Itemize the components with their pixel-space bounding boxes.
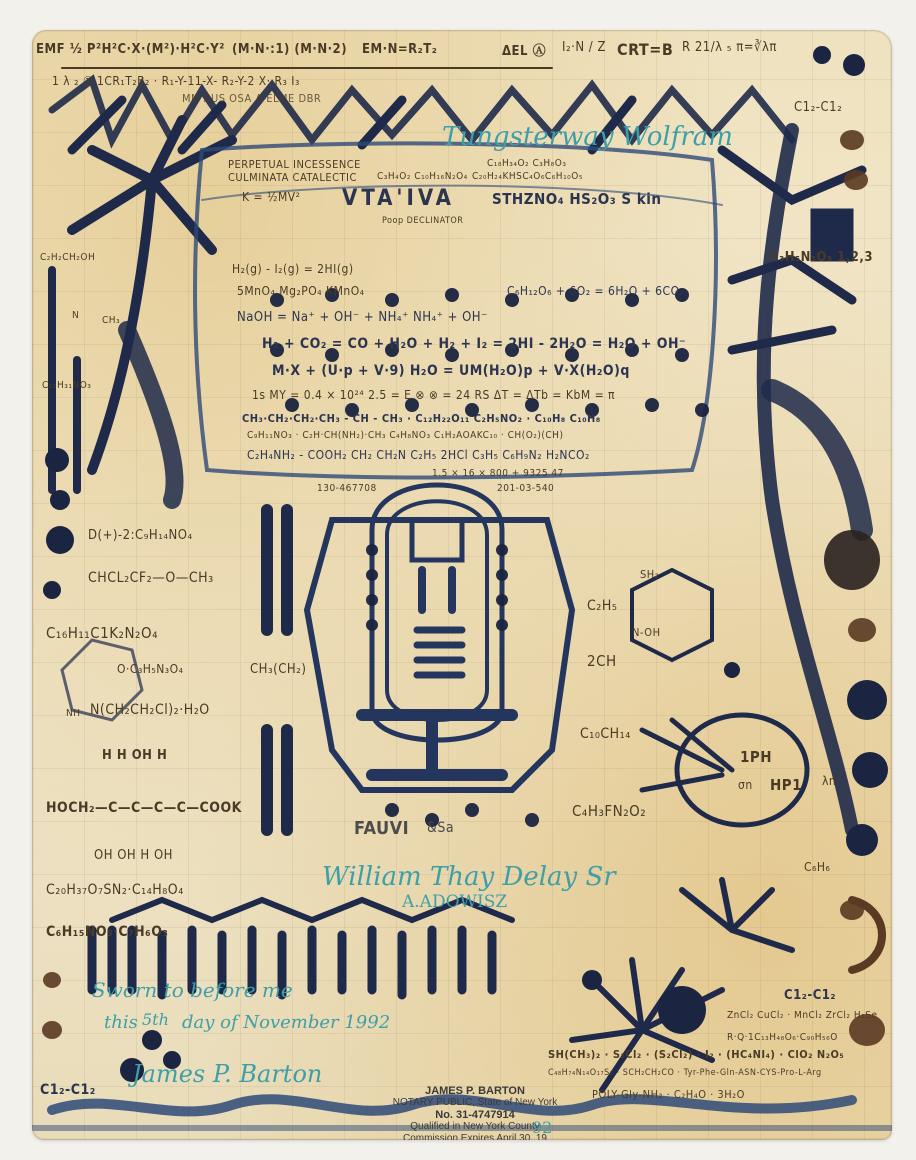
left-chem4: O·C₃H₅N₃O₄	[117, 662, 183, 676]
panel-row10: C₂H₄NH₂ - COOH₂ CH₂ CH₂N C₂H₅ 2HCl C₃H₅ …	[247, 448, 590, 462]
right-ring-label-sh2: SH₂	[640, 568, 659, 581]
panel-row8: CH₃·CH₂·CH₂·CH₃ - CH - CH₃ · C₁₂H₂₂O₁₁ C…	[242, 412, 601, 425]
bottom-right-line1: C1₂-C1₂	[784, 988, 836, 1003]
left-chem8: C₆H₁₅NO₃·C₇H₆O₃	[46, 924, 168, 940]
panel-formula-b: C₁₈H₃₄O₂ C₃H₈O₃	[487, 158, 566, 169]
panel-row2: 5MnO₄ Mg₂PO₄ KMnO₄	[237, 284, 365, 298]
bottom-right-line5: C₄₈H₇₄N₁₄O₁₇S₂ · SCH₂CH₂CO · Tyr-Phe-Gln…	[548, 1068, 822, 1078]
panel-formula-a: C₃H₄O₂ C₁₀H₁₆N₂O₄	[377, 171, 468, 182]
stamp-title: NOTARY PUBLIC, State of New York	[380, 1097, 570, 1109]
right-chem1: C₃H₅N₃O₉ 1,2,3	[770, 250, 873, 265]
left-chem5: CH₃(CH₂)	[250, 662, 306, 677]
top-right-formula: C1₂-C1₂	[794, 100, 842, 115]
top-equation-line2: 1 λ ₂ ① 1CR₁T₂B₂ · R₁-Y-11-X- R₂-Y-2 X· …	[52, 74, 300, 88]
left-side-formula: C₂₁H₃₁NO₃	[42, 380, 91, 391]
top-right-equation: R 21/λ ₅ π=∛λπ	[682, 40, 777, 55]
panel-line2: CULMINATA CATALECTIC	[228, 171, 357, 184]
fraction-formula: I₂·N / Z	[562, 40, 606, 55]
artwork-paper: EMF ½ P²H²C·X·(M²)·H²C·Y² (M·N·:1) (M·N·…	[32, 30, 892, 1140]
left-chem3: C₁₆H₁₁C1K₂N₂O₄	[46, 624, 158, 642]
circle-label-bottom: HP1	[770, 776, 802, 794]
sworn-this: this	[104, 1012, 138, 1033]
panel-line1: PERPETUAL INCESSENCE	[228, 158, 361, 171]
right-ring-label-noh: N-OH	[632, 626, 661, 639]
circle-small-label: σn	[738, 778, 753, 792]
left-ring-label-n: N	[72, 310, 79, 321]
bottom-right-line4: SH(CH₃)₂ · S₂Cl₂ · (S₂Cl₂) · I₂ · (HC₄NI…	[548, 1048, 844, 1061]
stamp-year-handwritten: 92	[532, 1118, 552, 1137]
panel-formula-c: C₂₀H₂₄KHSC₄O₆C₆H₁₀O₅	[472, 171, 583, 182]
panel-poop: Poop DECLINATOR	[382, 216, 463, 226]
panel-big-letters: VTA'IVA	[342, 186, 455, 211]
panel-row11: 1.5 × 16 × 800 + 9325 47	[432, 468, 564, 479]
center-signature: William Thay Delay Sr	[322, 862, 616, 892]
panel-number-right: 201-03-540	[497, 483, 554, 494]
panel-row3: C₆H₁₂O₆ + 6O₂ = 6H₂O + 6CO₂	[507, 284, 684, 298]
right-chem3: 2CH	[587, 652, 617, 670]
fauvi-suffix: &Sa	[427, 820, 454, 836]
panel-row6: M·X + (U·p + V·9) H₂O = UM(H₂O)p + V·X(H…	[272, 363, 630, 379]
left-chem6: N(CH₂CH₂Cl)₂·H₂O	[90, 702, 210, 718]
lambda-label: λn⁴	[822, 774, 841, 788]
panel-number-left: 130-467708	[317, 483, 377, 494]
sworn-date: day of November 1992	[182, 1012, 390, 1033]
bottom-right-line2: ZnCl₂ CuCl₂ · MnCl₂ ZrCl₂ H₂Se	[727, 1010, 878, 1021]
panel-kinetic-equation: K = ½MV²	[242, 190, 300, 204]
panel-sth: STHZNO₄ HS₂O₃ S kin	[492, 190, 662, 208]
left-ring-label-ch3: CH₃	[102, 315, 120, 326]
notary-signature: James P. Barton	[132, 1060, 322, 1088]
panel-row1: H₂(g) - I₂(g) = 2HI(g)	[232, 262, 354, 276]
right-chem5: C₄H₃FN₂O₂	[572, 802, 646, 820]
left-chem1: D(+)-2:C₉H₁₄NO₄	[88, 528, 193, 543]
top-equation-line1-mid: (M·N·:1) (M·N·2)	[232, 42, 347, 57]
stamp-name: JAMES P. BARTON	[380, 1085, 570, 1097]
panel-row9: C₉H₁₁NO₃ · C₂H·CH(NH₂)·CH₃ C₄H₈NO₃ C₁H₂A…	[247, 430, 563, 441]
crt-equation: CRT=B	[617, 40, 673, 59]
sugar-bottom-row: OH OH H OH	[94, 848, 173, 863]
right-chem4: C₁₀CH₁₄	[580, 726, 631, 742]
circled-delta-el: ΔEL Ⓐ	[502, 40, 546, 59]
sworn-line1: Sworn to before me	[92, 978, 293, 1002]
top-equation-line1: EMF ½ P²H²C·X·(M²)·H²C·Y²	[36, 42, 225, 57]
bottom-right-line6: POLY-Gly-NH₂ · C₂H₄O · 3H₂O	[592, 1088, 745, 1101]
bottom-left-formula: C1₂-C1₂	[40, 1082, 96, 1098]
bottom-right-line3: R·Q·1C₁₃H₄₈O₆·C₉₀H₅₆O	[727, 1032, 838, 1043]
top-equation-line1-right: EM·N=R₂T₂	[362, 42, 437, 57]
sugar-top-row: H H OH H	[102, 748, 167, 763]
top-equation-line3: MM AUS OSA A ELME DBR	[182, 92, 321, 105]
left-top-formula: C₂H₂CH₂OH	[40, 252, 95, 263]
right-chem6: C₆H₆	[804, 860, 830, 874]
left-chem6-prefix: NH	[66, 708, 81, 719]
script-title: Tungsterway Wolfram	[442, 122, 733, 152]
sugar-main-chain: HOCH₂—C—C—C—C—COOK	[46, 800, 242, 816]
right-chem2: C₂H₅	[587, 598, 617, 614]
sworn-day: 5th	[142, 1010, 169, 1029]
panel-row5: H₂ + CO₂ = CO + H₂O + H₂ + I₂ = 2HI - 2H…	[262, 336, 686, 352]
left-chem7: C₂₀H₃₇O₇SN₂·C₁₄H₈O₄	[46, 882, 184, 898]
left-chem2: CHCL₂CF₂—O—CH₃	[88, 570, 214, 586]
handwritten-name: A.ADOWISZ	[402, 892, 507, 912]
circle-label-top: 1PH	[740, 748, 772, 766]
fauvi-word: FAUVI	[354, 818, 409, 839]
panel-row7: 1s MY = 0.4 × 10²⁴ 2.5 = E ⊗ ⊗ = 24 RS Δ…	[252, 388, 615, 402]
panel-row4: NaOH = Na⁺ + OH⁻ + NH₄⁺ NH₄⁺ + OH⁻	[237, 310, 488, 325]
